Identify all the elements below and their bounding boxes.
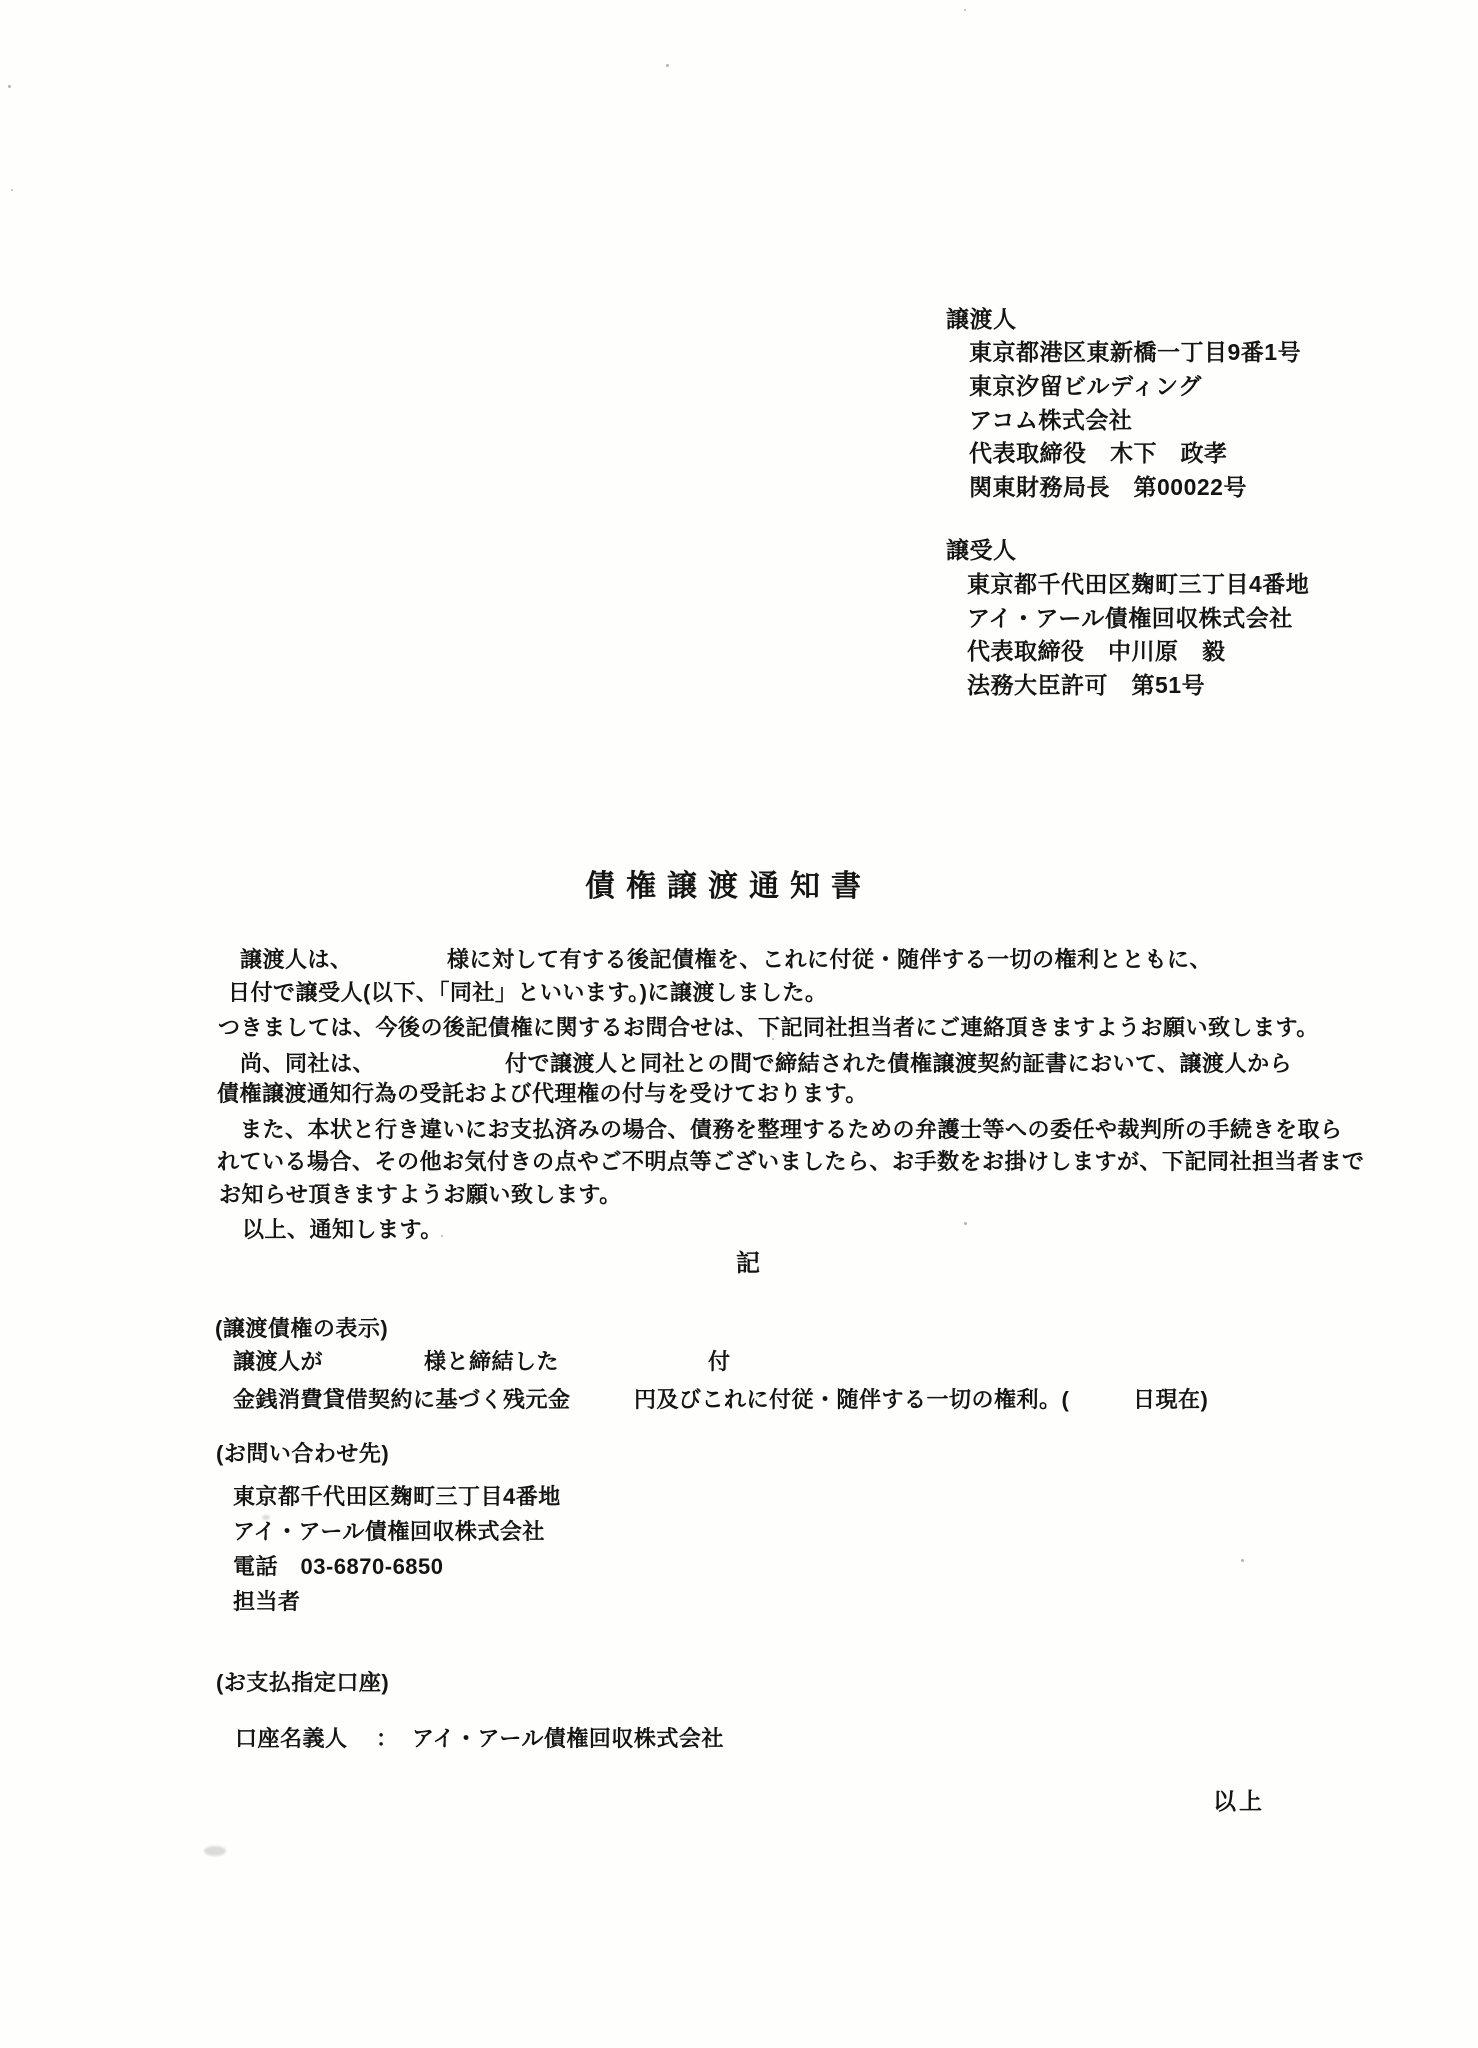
document-title: 債権譲渡通知書 [585,872,872,902]
assignor-label: 譲渡人 [946,308,1017,331]
assignor-license: 関東財務局長 第00022号 [969,476,1247,499]
scan-speck [772,1038,774,1040]
contact-section-heading: (お問い合わせ先) [216,1443,389,1465]
scan-speck [8,85,11,88]
assignee-company: アイ・アール債権回収株式会社 [967,607,1293,630]
ki-marker: 記 [736,1252,762,1276]
body-line-2: 日付で譲受人(以下、「同社」といいます。)に譲渡しました。 [228,982,827,1004]
scan-speck [441,1235,443,1237]
scan-smudge [262,1515,270,1520]
assignor-address-2: 東京汐留ビルディング [969,375,1202,398]
scan-speck [1241,1559,1244,1562]
assignor-representative: 代表取締役 木下 政孝 [969,442,1228,465]
contact-person: 担当者 [233,1591,301,1613]
assignor-company: アコム株式会社 [969,409,1132,432]
claim-section-heading: (譲渡債権の表示) [215,1318,388,1340]
body-line-5: 債権譲渡通知行為の受託および代理権の付与を受けております。 [217,1083,868,1105]
scan-speck [964,9,966,11]
assignee-license: 法務大臣許可 第51号 [967,674,1205,697]
claim-line-1c: 付 [708,1351,731,1373]
payment-section-heading: (お支払指定口座) [216,1672,389,1694]
claim-line-2a: 金銭消費貸借契約に基づく残元金 [233,1389,571,1411]
assignee-representative: 代表取締役 中川原 毅 [967,640,1226,663]
body-line-7: れている場合、その他お気付きの点やご不明点等ございましたら、お手数をお掛けします… [217,1151,1365,1173]
body-line-1b: 様に対して有する後記債権を、これに付従・随伴する一切の権利とともに、 [447,949,1212,971]
claim-line-2c: 日現在) [1133,1389,1208,1411]
account-holder-value: アイ・アール債権回収株式会社 [412,1728,724,1750]
contact-address: 東京都千代田区麹町三丁目4番地 [233,1486,561,1508]
assignor-address-1: 東京都港区東新橋一丁目9番1号 [969,341,1301,364]
scan-smudge [204,1846,226,1856]
scan-speck [349,1232,351,1234]
scanned-document-page: 譲渡人 東京都港区東新橋一丁目9番1号 東京汐留ビルディング アコム株式会社 代… [0,0,1478,2048]
claim-line-1b: 様と締結した [424,1351,559,1373]
scan-speck [666,64,669,67]
account-holder-label: 口座名義人 [235,1728,348,1750]
contact-company: アイ・アール債権回収株式会社 [233,1521,545,1543]
body-line-9: 以上、通知します。 [242,1219,443,1241]
body-line-4b: 付で譲渡人と同社との間で締結された債権譲渡契約証書において、譲渡人から [505,1053,1292,1075]
claim-line-1a: 譲渡人が [233,1351,323,1373]
body-line-1a: 譲渡人は、 [240,949,353,971]
body-line-3: つきましては、今後の後記債権に関するお問合せは、下記同社担当者にご連絡頂きますよ… [218,1017,1319,1039]
scan-speck [11,189,13,191]
body-line-8: お知らせ頂きますようお願い致します。 [219,1184,622,1206]
assignee-label: 譲受人 [946,539,1017,562]
body-line-4a: 尚、同社は、 [240,1053,375,1075]
scan-speck [964,1222,967,1225]
contact-phone: 電話 03-6870-6850 [233,1556,444,1578]
assignee-address: 東京都千代田区麹町三丁目4番地 [967,573,1309,596]
account-holder-separator: ： [376,1728,399,1750]
claim-line-2b: 円及びこれに付従・随伴する一切の権利。( [634,1389,1069,1411]
closing-marker: 以上 [1213,1790,1265,1813]
body-line-6: また、本状と行き違いにお支払済みの場合、債務を整理するための弁護士等への委任や裁… [240,1119,1343,1141]
